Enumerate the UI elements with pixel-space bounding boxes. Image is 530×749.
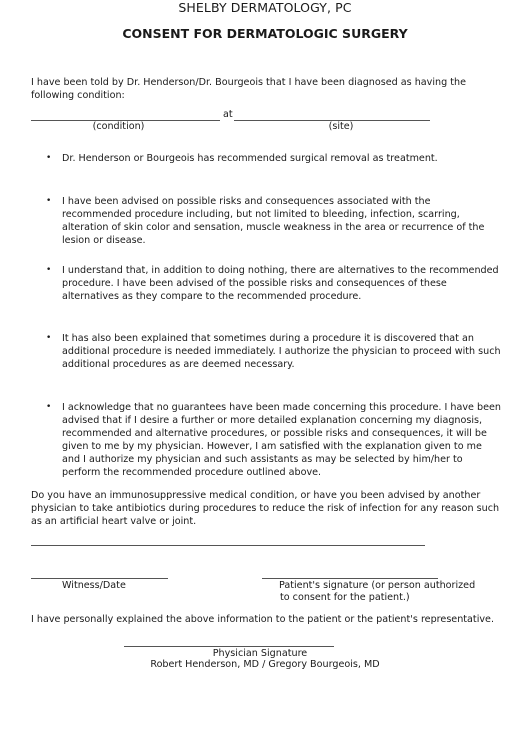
physician-names: Robert Henderson, MD / Gregory Bourgeois… (124, 659, 406, 671)
bullet-icon: • (46, 196, 51, 206)
bullet-icon: • (46, 333, 51, 343)
physician-statement: I have personally explained the above in… (31, 614, 494, 625)
physician-signature-field[interactable] (124, 646, 334, 647)
bullet-text: I acknowledge that no guarantees have be… (62, 402, 502, 479)
immuno-answer-field[interactable] (31, 545, 425, 546)
immuno-question: Do you have an immunosuppressive medical… (31, 490, 503, 528)
site-label: (site) (290, 121, 392, 133)
page-title: CONSENT FOR DERMATOLOGIC SURGERY (0, 26, 530, 41)
bullet-text: I understand that, in addition to doing … (62, 265, 502, 304)
practice-name: SHELBY DERMATOLOGY, PC (0, 0, 530, 15)
bullet-icon: • (46, 265, 51, 275)
witness-signature-field[interactable] (31, 578, 168, 579)
witness-label: Witness/Date (62, 580, 126, 591)
bullet-icon: • (46, 153, 51, 163)
intro-text: I have been told by Dr. Henderson/Dr. Bo… (31, 77, 501, 103)
patient-label-line2: to consent for the patient.) (280, 592, 410, 603)
bullet-text: I have been advised on possible risks an… (62, 196, 502, 248)
condition-label: (condition) (31, 121, 206, 133)
bullet-icon: • (46, 402, 51, 412)
bullet-text: Dr. Henderson or Bourgeois has recommend… (62, 153, 502, 166)
patient-label-line1: Patient's signature (or person authorize… (279, 580, 475, 591)
bullet-text: It has also been explained that sometime… (62, 333, 502, 372)
patient-signature-field[interactable] (262, 578, 438, 579)
at-connector: at (223, 109, 233, 120)
